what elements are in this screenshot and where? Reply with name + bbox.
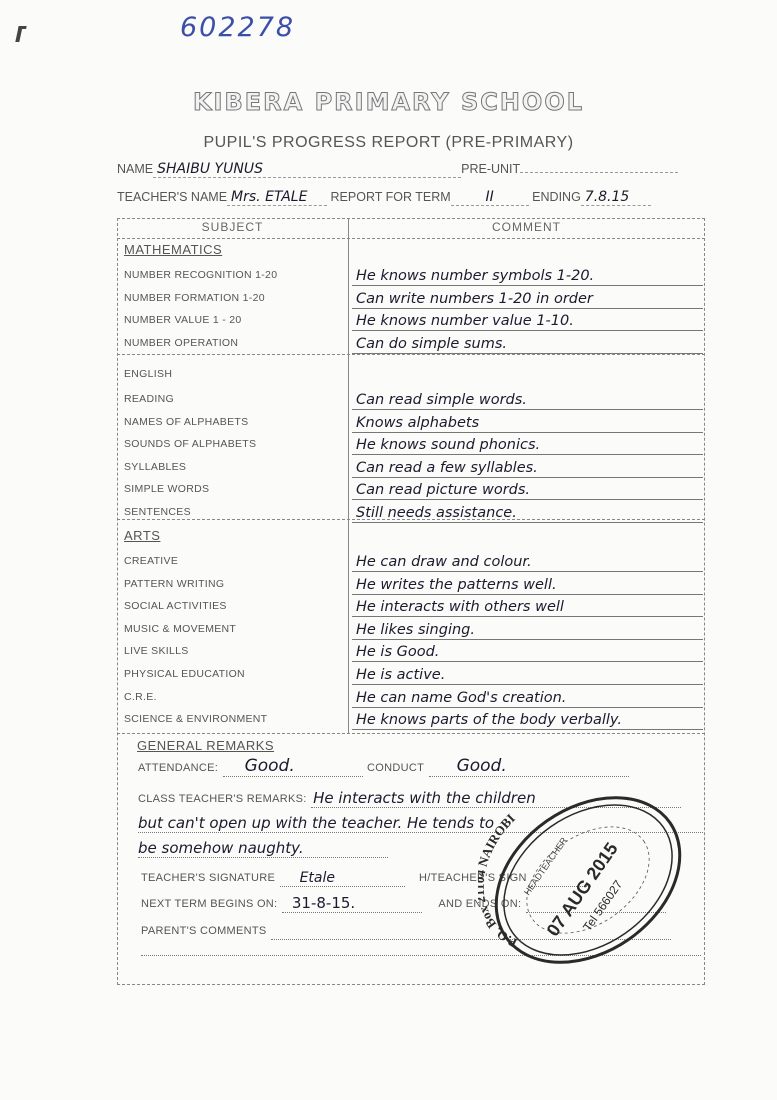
parent-comments-label: PARENT'S COMMENTS xyxy=(141,925,267,937)
name-row: NAMESHAIBU YUNUSPRE-UNIT xyxy=(117,161,678,178)
subject-column-header: SUBJECT xyxy=(117,220,348,234)
section-divider xyxy=(117,354,705,355)
comment-cell[interactable]: He can draw and colour. xyxy=(352,550,703,572)
school-stamp: P.O. Box 21104 NAIROBI 07 AUG 2015 Tel 5… xyxy=(478,790,698,970)
conduct-value: Good. xyxy=(457,756,507,776)
comment-cell[interactable]: He is Good. xyxy=(352,640,703,662)
term-field[interactable]: II xyxy=(451,189,529,206)
comment-column-header: COMMENT xyxy=(348,220,705,234)
conduct-field[interactable]: Good. xyxy=(429,758,629,777)
term-label: REPORT FOR TERM xyxy=(331,190,451,204)
scan-corner-mark xyxy=(15,26,22,42)
reference-number: 602278 xyxy=(180,12,295,43)
comment-text: Can read a few syllables. xyxy=(356,460,538,476)
comment-text: He knows parts of the body verbally. xyxy=(356,712,622,728)
stamp-top-text: HEADTEACHER xyxy=(522,835,569,897)
section-title-mathematics: MATHEMATICS xyxy=(124,242,222,257)
attendance-conduct-row: ATTENDANCE: Good. CONDUCT Good. xyxy=(138,758,703,782)
teacher-row: TEACHER'S NAMEMrs. ETALE REPORT FOR TERM… xyxy=(117,189,651,206)
name-label: NAME xyxy=(117,162,153,176)
comment-cell[interactable]: Can read a few syllables. xyxy=(352,456,703,478)
pre-unit-field[interactable] xyxy=(520,172,678,173)
comment-cell[interactable]: He knows parts of the body verbally. xyxy=(352,708,703,730)
comment-text: He knows sound phonics. xyxy=(356,437,540,453)
next-term-field[interactable]: 31-8-15. xyxy=(282,894,422,913)
comment-cell[interactable]: He is active. xyxy=(352,663,703,685)
attendance-label: ATTENDANCE: xyxy=(138,762,218,774)
comment-text: He interacts with others well xyxy=(356,599,564,615)
comment-text: He is Good. xyxy=(356,644,439,660)
subject-label: NUMBER RECOGNITION 1-20 xyxy=(124,269,277,281)
subject-label: SOCIAL ACTIVITIES xyxy=(124,600,227,612)
section-title-english: ENGLISH xyxy=(124,368,172,380)
subject-label: NUMBER OPERATION xyxy=(124,337,238,349)
subject-label: SOUNDS OF ALPHABETS xyxy=(124,438,256,450)
report-title: PUPIL'S PROGRESS REPORT (PRE-PRIMARY) xyxy=(0,134,777,152)
attendance-value: Good. xyxy=(245,756,295,776)
section-title-arts: ARTS xyxy=(124,528,160,543)
subject-label: C.R.E. xyxy=(124,691,157,703)
subject-label: READING xyxy=(124,393,174,405)
section-divider xyxy=(117,733,705,734)
comment-text: He knows number symbols 1-20. xyxy=(356,268,594,284)
comment-cell[interactable]: He writes the patterns well. xyxy=(352,573,703,595)
subject-label: CREATIVE xyxy=(124,555,178,567)
subject-label: NUMBER VALUE 1 - 20 xyxy=(124,314,242,326)
teacher-name-label: TEACHER'S NAME xyxy=(117,190,227,204)
comment-text: Can write numbers 1-20 in order xyxy=(356,291,593,307)
comment-cell[interactable]: Can do simple sums. xyxy=(352,332,703,354)
comment-text: Can read simple words. xyxy=(356,392,527,408)
subject-label: NAMES OF ALPHABETS xyxy=(124,416,248,428)
subject-label: MUSIC & MOVEMENT xyxy=(124,623,236,635)
comment-cell[interactable]: Can read simple words. xyxy=(352,388,703,410)
comment-cell[interactable]: Can read picture words. xyxy=(352,478,703,500)
subject-label: NUMBER FORMATION 1-20 xyxy=(124,292,265,304)
comment-text: He can name God's creation. xyxy=(356,690,566,706)
ending-label: ENDING xyxy=(532,190,581,204)
comment-cell[interactable]: He likes singing. xyxy=(352,618,703,640)
subject-label: PHYSICAL EDUCATION xyxy=(124,668,245,680)
school-name: KIBERA PRIMARY SCHOOL xyxy=(0,88,777,116)
teacher-signature-field[interactable]: Etale xyxy=(280,868,405,887)
pupil-name-field[interactable]: SHAIBU YUNUS xyxy=(153,161,461,178)
class-teacher-remarks-label: CLASS TEACHER'S REMARKS: xyxy=(138,793,307,805)
section-divider xyxy=(117,519,705,520)
subject-label: PATTERN WRITING xyxy=(124,578,224,590)
header-divider xyxy=(117,238,705,239)
comment-cell[interactable]: He knows number symbols 1-20. xyxy=(352,264,703,286)
subject-label: SENTENCES xyxy=(124,506,191,518)
teacher-signature-label: TEACHER'S SIGNATURE xyxy=(141,872,275,884)
next-term-label: NEXT TERM BEGINS ON: xyxy=(141,898,277,910)
comment-cell[interactable]: He knows sound phonics. xyxy=(352,433,703,455)
comment-cell[interactable]: He knows number value 1-10. xyxy=(352,309,703,331)
comment-cell[interactable]: He interacts with others well xyxy=(352,595,703,617)
subject-label: SIMPLE WORDS xyxy=(124,483,209,495)
comment-text: He can draw and colour. xyxy=(356,554,532,570)
conduct-label: CONDUCT xyxy=(367,762,424,774)
comment-text: He writes the patterns well. xyxy=(356,577,557,593)
class-teacher-remarks-line-3[interactable]: be somehow naughty. xyxy=(138,835,388,858)
comment-text: He knows number value 1-10. xyxy=(356,313,574,329)
comment-text: He likes singing. xyxy=(356,622,475,638)
attendance-field[interactable]: Good. xyxy=(223,758,363,777)
subject-label: LIVE SKILLS xyxy=(124,645,189,657)
comment-text: Knows alphabets xyxy=(356,415,479,431)
general-remarks-title: GENERAL REMARKS xyxy=(137,738,274,753)
comment-text: Can read picture words. xyxy=(356,482,530,498)
subject-label: SCIENCE & ENVIRONMENT xyxy=(124,713,267,725)
teacher-name-field[interactable]: Mrs. ETALE xyxy=(227,189,327,206)
pre-unit-label: PRE-UNIT xyxy=(461,162,520,176)
comment-text: Can do simple sums. xyxy=(356,336,507,352)
comment-text: He is active. xyxy=(356,667,445,683)
column-divider xyxy=(348,218,349,734)
comment-cell[interactable]: Can write numbers 1-20 in order xyxy=(352,287,703,309)
comment-cell[interactable]: Knows alphabets xyxy=(352,411,703,433)
subject-label: SYLLABLES xyxy=(124,461,186,473)
comment-cell[interactable]: He can name God's creation. xyxy=(352,686,703,708)
ending-date-field[interactable]: 7.8.15 xyxy=(581,189,651,206)
